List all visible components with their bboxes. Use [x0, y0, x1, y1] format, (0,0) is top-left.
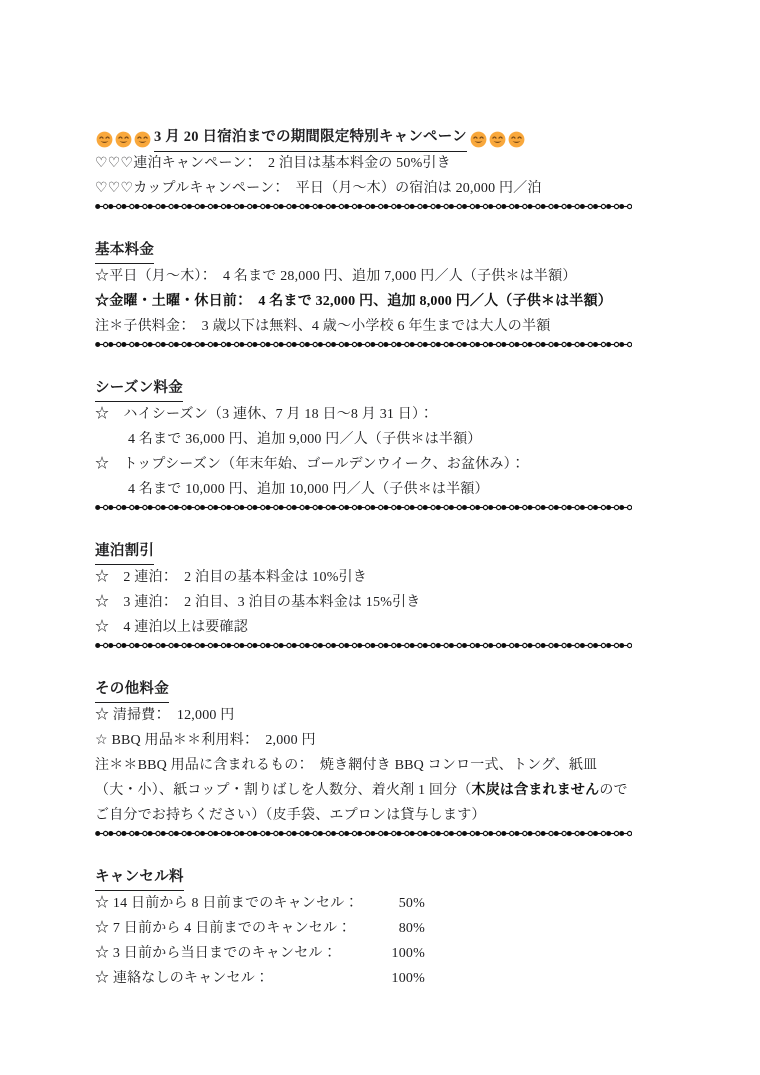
bead-chain-divider: [95, 202, 632, 211]
section-title: 基本料金: [95, 238, 154, 264]
campaign-header: 3 月 20 日宿泊までの期間限定特別キャンペーン ♡♡♡連泊キャンペーン： 2…: [95, 126, 632, 201]
cancel-row: ☆ 3 日前から当日までのキャンセル： 100%: [95, 941, 425, 966]
cancel-label: ☆ 3 日前から当日までのキャンセル：: [95, 941, 337, 966]
campaign-title-line: 3 月 20 日宿泊までの期間限定特別キャンペーン: [95, 126, 632, 151]
season-line-top-price: 4 名まで 10,000 円、追加 10,000 円／人（子供＊は半額）: [95, 477, 632, 502]
document-content: 3 月 20 日宿泊までの期間限定特別キャンペーン ♡♡♡連泊キャンペーン： 2…: [95, 126, 632, 991]
section-title: その他料金: [95, 677, 169, 703]
cancel-value: 80%: [399, 916, 425, 941]
season-line-top: ☆ トップシーズン（年末年始、ゴールデンウイーク、お盆休み）：: [95, 452, 632, 477]
fee-line-weekday: ☆平日（月～木）： 4 名まで 28,000 円、追加 7,000 円／人（子供…: [95, 264, 632, 289]
cancel-row: ☆ 連絡なしのキャンセル： 100%: [95, 966, 425, 991]
cancel-label: ☆ 連絡なしのキャンセル：: [95, 966, 269, 991]
cancel-label: ☆ 14 日前から 8 日前までのキャンセル：: [95, 891, 359, 916]
section-title: キャンセル料: [95, 865, 184, 891]
smiling-face-icon: [115, 131, 132, 148]
section-title: 連泊割引: [95, 539, 154, 565]
other-line-bbq: ☆ BBQ 用品＊＊利用料： 2,000 円: [95, 728, 632, 753]
bead-chain-divider: [95, 829, 632, 838]
section-season-fee: シーズン料金 ☆ ハイシーズン（3 連休、7 月 18 日～8 月 31 日）：…: [95, 376, 632, 502]
cancel-value: 50%: [399, 891, 425, 916]
section-basic-fee: 基本料金 ☆平日（月～木）： 4 名まで 28,000 円、追加 7,000 円…: [95, 238, 632, 339]
section-consecutive-discount: 連泊割引 ☆ 2 連泊： 2 泊目の基本料金は 10%引き ☆ 3 連泊： 2 …: [95, 539, 632, 640]
bead-chain-divider: [95, 503, 632, 512]
season-line-high-price: 4 名まで 36,000 円、追加 9,000 円／人（子供＊は半額）: [95, 427, 632, 452]
bead-chain-divider: [95, 340, 632, 349]
cancel-label: ☆ 7 日前から 4 日前までのキャンセル：: [95, 916, 351, 941]
section-title: シーズン料金: [95, 376, 183, 402]
smiling-face-icon: [470, 131, 487, 148]
cancel-row: ☆ 7 日前から 4 日前までのキャンセル： 80%: [95, 916, 425, 941]
other-line-cleaning: ☆ 清掃費： 12,000 円: [95, 703, 632, 728]
campaign-offer-renpaku: ♡♡♡連泊キャンペーン： 2 泊目は基本料金の 50%引き: [95, 151, 632, 176]
smiling-face-icon: [489, 131, 506, 148]
season-line-high: ☆ ハイシーズン（3 連休、7 月 18 日～8 月 31 日）：: [95, 402, 632, 427]
campaign-offer-couple: ♡♡♡カップルキャンペーン： 平日（月～木）の宿泊は 20,000 円／泊: [95, 176, 632, 201]
discount-line-2nights: ☆ 2 連泊： 2 泊目の基本料金は 10%引き: [95, 565, 632, 590]
cancel-value: 100%: [392, 966, 425, 991]
cancel-value: 100%: [392, 941, 425, 966]
smiling-face-icon: [96, 131, 113, 148]
section-cancellation-fee: キャンセル料 ☆ 14 日前から 8 日前までのキャンセル： 50% ☆ 7 日…: [95, 865, 632, 991]
bead-chain-divider: [95, 641, 632, 650]
note-segment-bold: 木炭は含まれません: [472, 783, 600, 798]
campaign-title: 3 月 20 日宿泊までの期間限定特別キャンペーン: [154, 125, 467, 152]
cancel-row: ☆ 14 日前から 8 日前までのキャンセル： 50%: [95, 891, 425, 916]
fee-line-weekend: ☆金曜・土曜・休日前： 4 名まで 32,000 円、追加 8,000 円／人（…: [95, 289, 632, 314]
fee-note-child: 注＊子供料金： 3 歳以下は無料、4 歳～小学校 6 年生までは大人の半額: [95, 314, 632, 339]
other-note-bbq-contents: 注＊＊BBQ 用品に含まれるもの： 焼き網付き BBQ コンロ一式、トング、紙皿…: [95, 753, 632, 828]
smiling-face-icon: [508, 131, 525, 148]
smiling-face-icon: [134, 131, 151, 148]
section-other-fees: その他料金 ☆ 清掃費： 12,000 円 ☆ BBQ 用品＊＊利用料： 2,0…: [95, 677, 632, 828]
discount-line-3nights: ☆ 3 連泊： 2 泊目、3 泊目の基本料金は 15%引き: [95, 590, 632, 615]
document-page: 3 月 20 日宿泊までの期間限定特別キャンペーン ♡♡♡連泊キャンペーン： 2…: [0, 0, 760, 1075]
discount-line-4nights: ☆ 4 連泊以上は要確認: [95, 615, 632, 640]
